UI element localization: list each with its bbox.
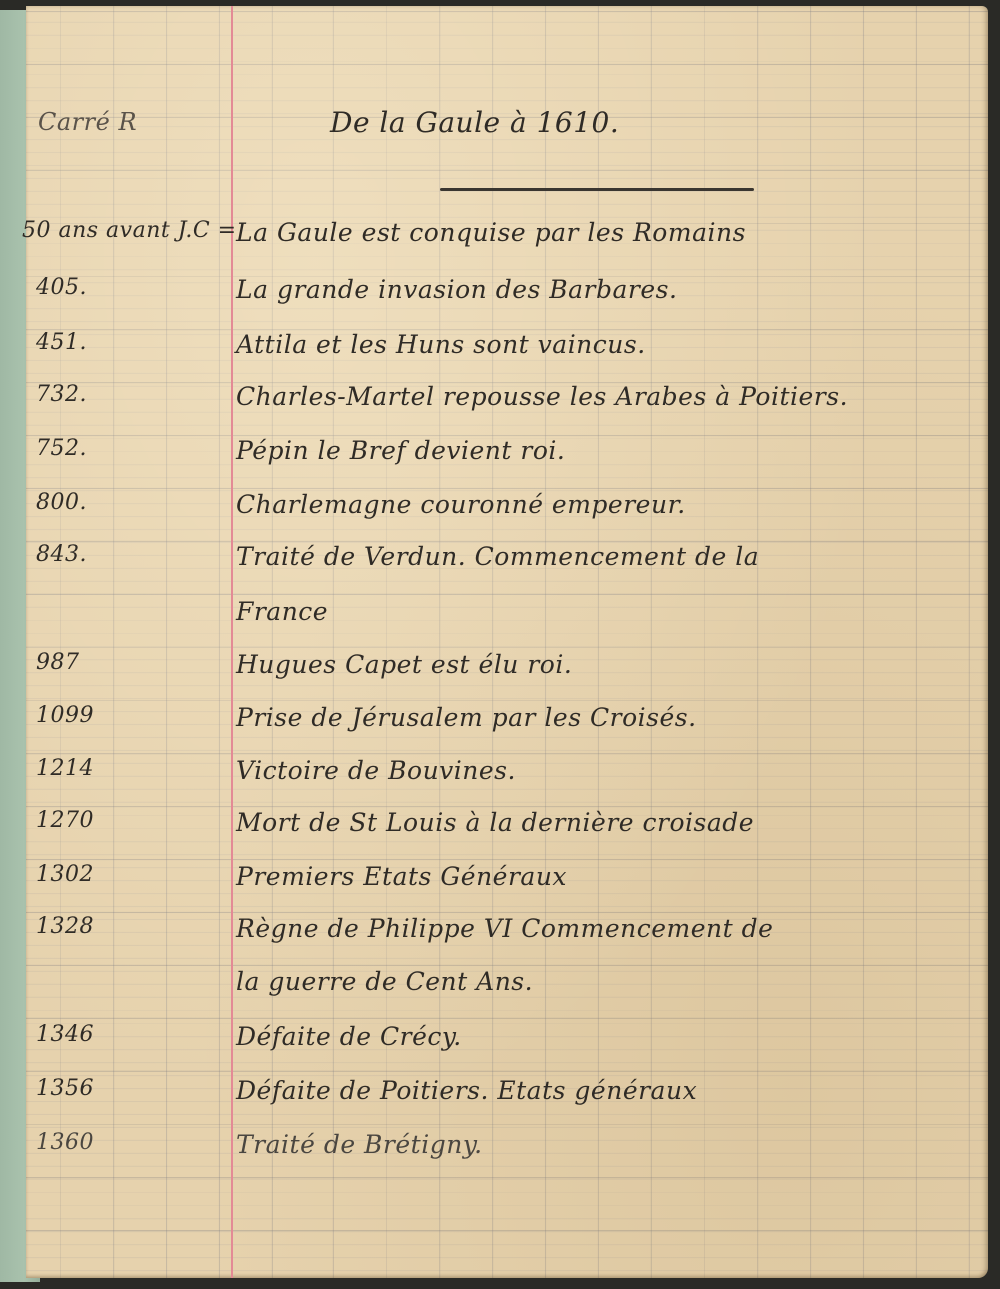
timeline-entry: 1346 Défaite de Crécy. xyxy=(0,1022,1000,1074)
timeline-entry-continuation: France xyxy=(0,597,1000,649)
entry-date: 1328 xyxy=(36,914,94,939)
entry-date: 987 xyxy=(36,650,80,675)
timeline-entry: 1328 Règne de Philippe VI Commencement d… xyxy=(0,914,1000,966)
timeline-entry: 1302 Premiers Etats Généraux xyxy=(0,862,1000,914)
entry-event: Charles-Martel repousse les Arabes à Poi… xyxy=(236,382,848,411)
entry-date: 1099 xyxy=(36,703,94,728)
entry-event: Premiers Etats Généraux xyxy=(236,862,567,891)
timeline-entry: 732. Charles-Martel repousse les Arabes … xyxy=(0,382,1000,434)
entry-date: 1356 xyxy=(36,1076,94,1101)
entry-event: la guerre de Cent Ans. xyxy=(236,967,533,996)
title-underline xyxy=(440,188,754,191)
entry-date: 50 ans avant J.C = xyxy=(22,218,237,243)
timeline-entry-continuation: la guerre de Cent Ans. xyxy=(0,967,1000,1019)
entry-event: Hugues Capet est élu roi. xyxy=(236,650,572,679)
entry-date: 1214 xyxy=(36,756,94,781)
class-label: Carré R xyxy=(38,108,137,136)
timeline-entry: 1270 Mort de St Louis à la dernière croi… xyxy=(0,808,1000,860)
timeline-entry: 1214 Victoire de Bouvines. xyxy=(0,756,1000,808)
entry-date: 1270 xyxy=(36,808,94,833)
timeline-entry: 50 ans avant J.C = La Gaule est conquise… xyxy=(0,218,1000,270)
timeline-entry: 800. Charlemagne couronné empereur. xyxy=(0,490,1000,542)
timeline-entry: 1360 Traité de Brétigny. xyxy=(0,1130,1000,1182)
entry-event: Règne de Philippe VI Commencement de xyxy=(236,914,773,943)
timeline-entry: 1099 Prise de Jérusalem par les Croisés. xyxy=(0,703,1000,755)
entry-event: Victoire de Bouvines. xyxy=(236,756,516,785)
timeline-entry: 843. Traité de Verdun. Commencement de l… xyxy=(0,542,1000,594)
timeline-entry: 405. La grande invasion des Barbares. xyxy=(0,275,1000,327)
page-title: De la Gaule à 1610. xyxy=(330,106,619,139)
entry-event: Traité de Brétigny. xyxy=(236,1130,483,1159)
entry-date: 843. xyxy=(36,542,87,567)
entry-date: 451. xyxy=(36,330,87,355)
timeline-entry: 752. Pépin le Bref devient roi. xyxy=(0,436,1000,488)
entry-event: Défaite de Crécy. xyxy=(236,1022,462,1051)
entry-event: Pépin le Bref devient roi. xyxy=(236,436,565,465)
entry-date: 1360 xyxy=(36,1130,94,1155)
entry-event: Attila et les Huns sont vaincus. xyxy=(236,330,646,359)
entry-event: La Gaule est conquise par les Romains xyxy=(236,218,746,247)
entry-date: 1346 xyxy=(36,1022,94,1047)
entry-event: France xyxy=(236,597,328,626)
timeline-entry: 1356 Défaite de Poitiers. Etats généraux xyxy=(0,1076,1000,1128)
entry-event: Charlemagne couronné empereur. xyxy=(236,490,686,519)
entry-event: Mort de St Louis à la dernière croisade xyxy=(236,808,754,837)
entry-event: Défaite de Poitiers. Etats généraux xyxy=(236,1076,697,1105)
entry-date: 800. xyxy=(36,490,87,515)
entry-date: 405. xyxy=(36,275,87,300)
entry-date: 1302 xyxy=(36,862,94,887)
entry-event: La grande invasion des Barbares. xyxy=(236,275,677,304)
timeline-entry: 987 Hugues Capet est élu roi. xyxy=(0,650,1000,702)
timeline-entry: 451. Attila et les Huns sont vaincus. xyxy=(0,330,1000,382)
entry-date: 732. xyxy=(36,382,87,407)
entry-event: Prise de Jérusalem par les Croisés. xyxy=(236,703,697,732)
entry-event: Traité de Verdun. Commencement de la xyxy=(236,542,759,571)
entry-date: 752. xyxy=(36,436,87,461)
